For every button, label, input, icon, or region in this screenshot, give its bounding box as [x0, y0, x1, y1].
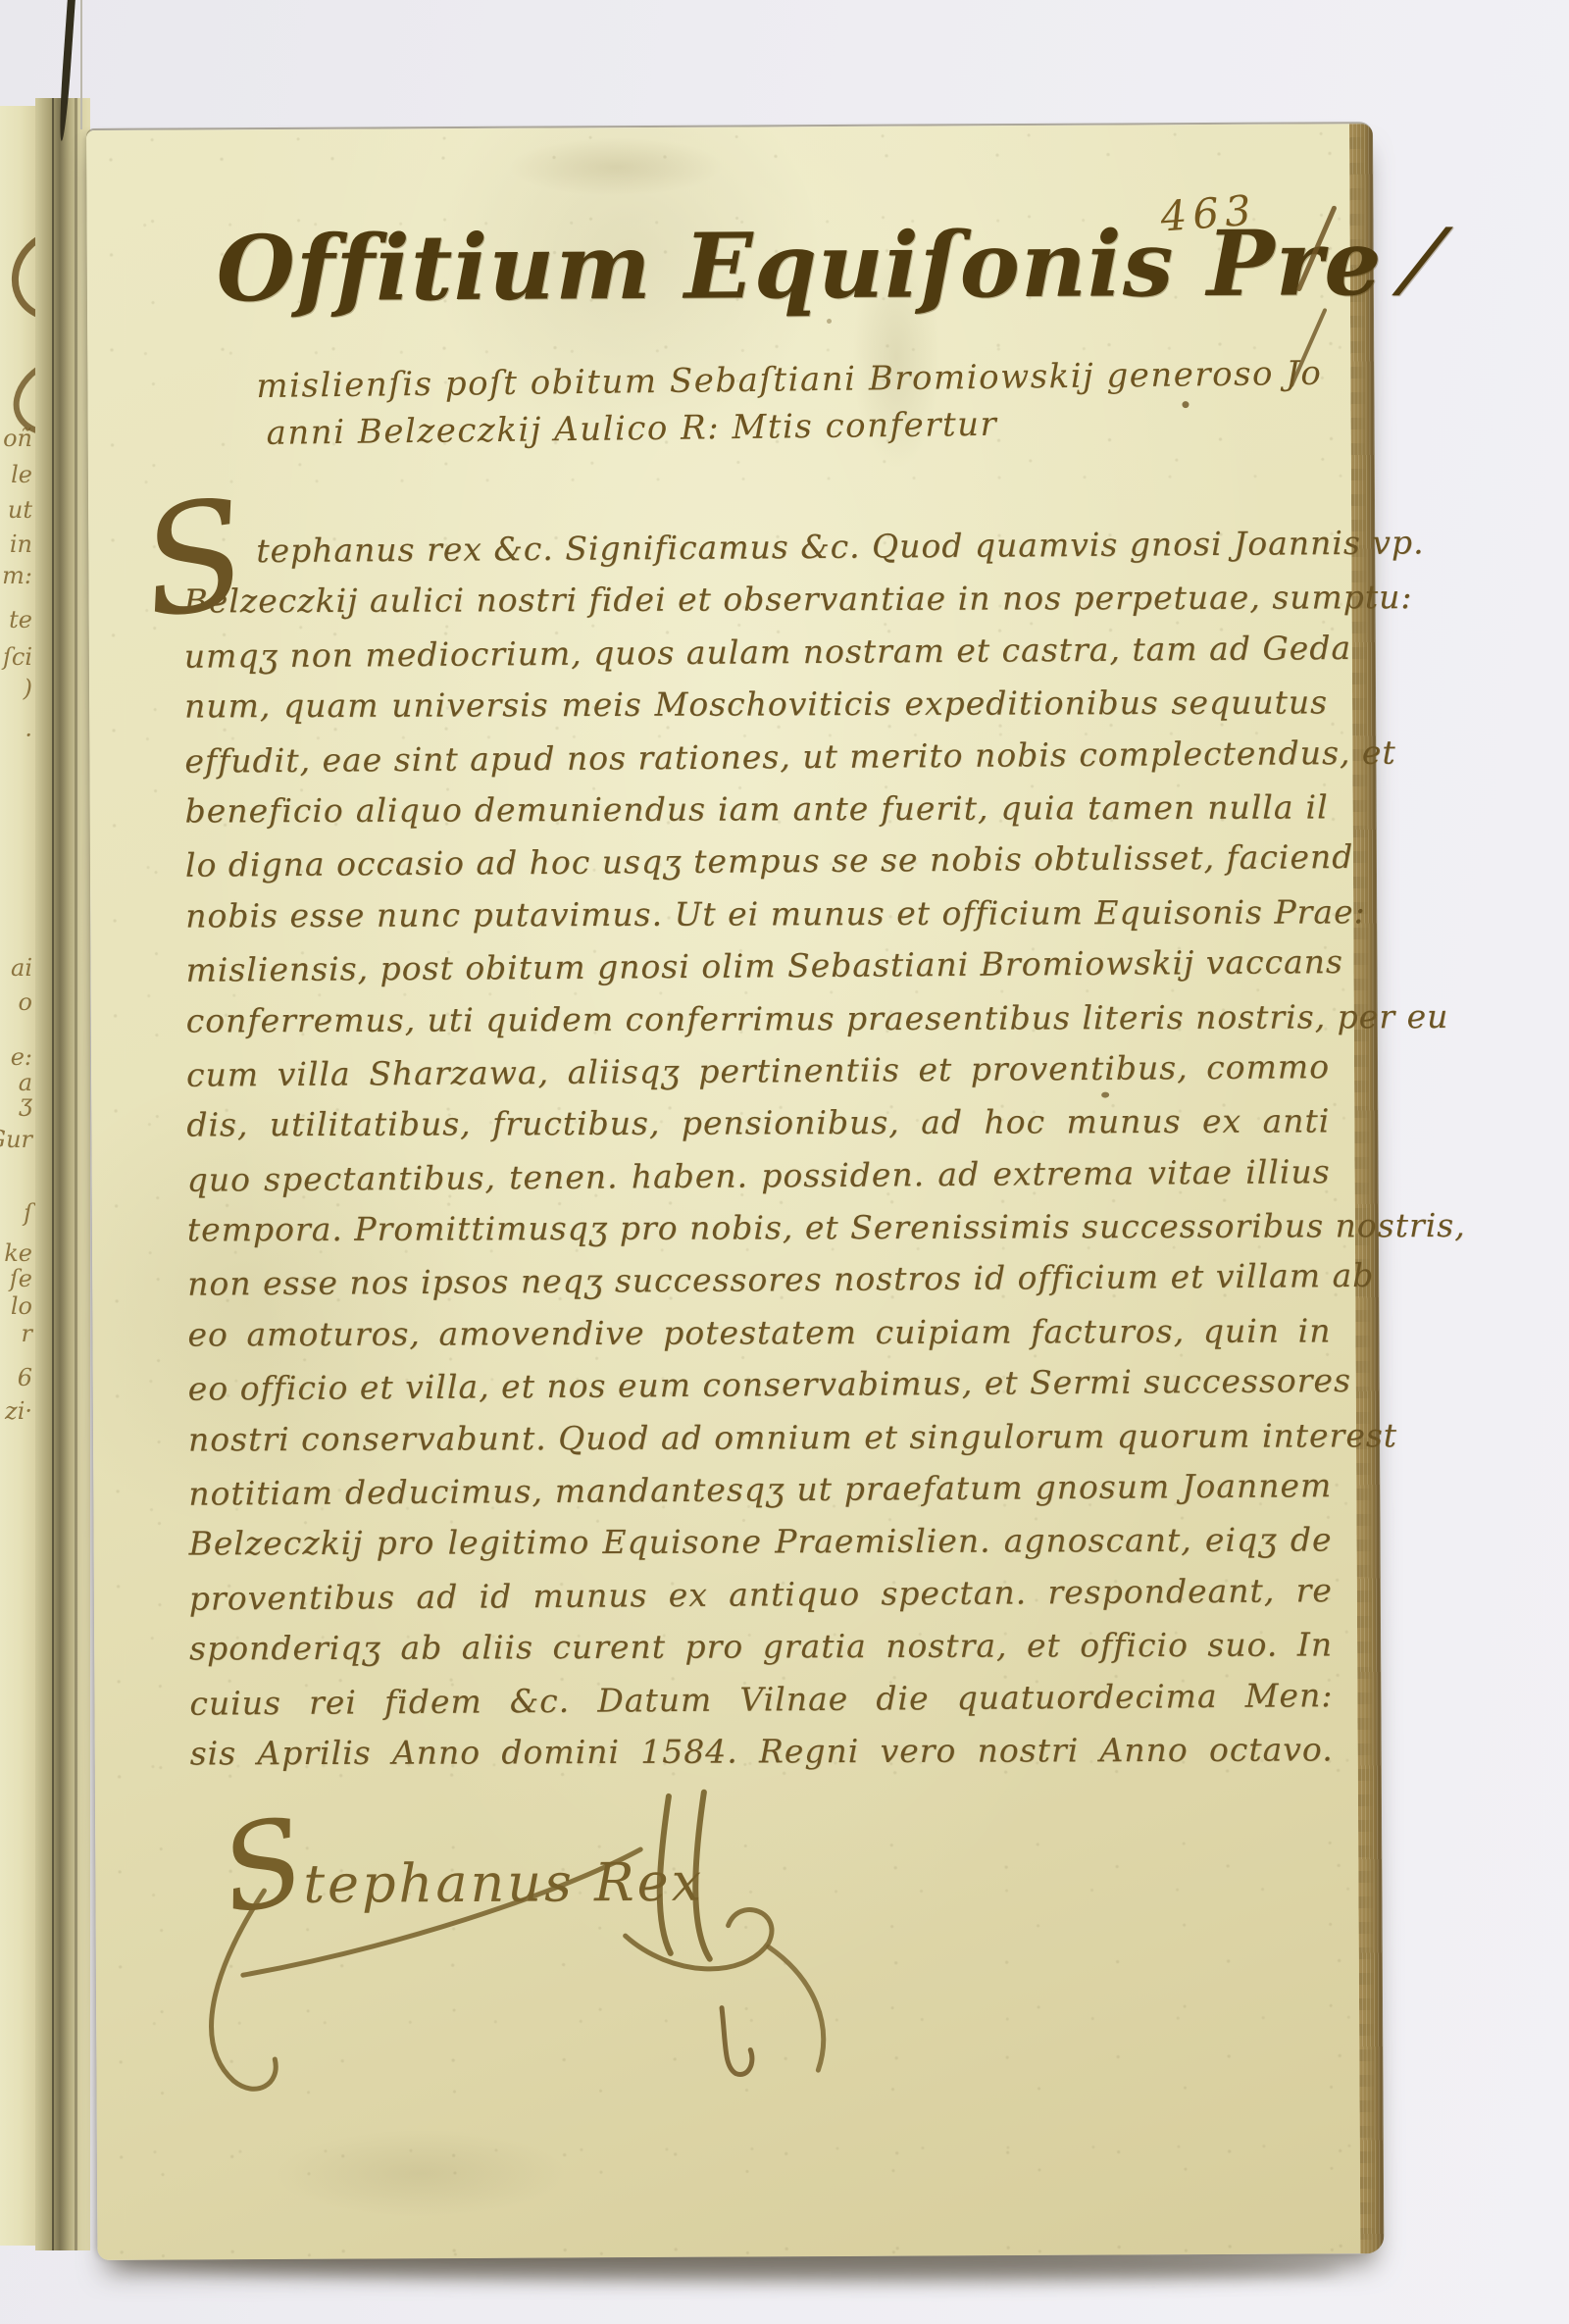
- manuscript-line: eo amoturos, amovendive potestatem cuipi…: [187, 1304, 1331, 1360]
- heading-line-3: anni Belzeczkij Aulico R: Mtis confertur: [266, 400, 1344, 452]
- manuscript-line: sponderiqʒ ab aliis curent pro gratia no…: [189, 1619, 1333, 1675]
- manuscript-scan: oñleutinm:teſci)·aioe:aʒGurſkeſelor6zi· …: [0, 0, 1569, 2324]
- manuscript-line: notitiam deducimus, mandantesqʒ ut praef…: [188, 1459, 1332, 1520]
- verso-text-fragment: oñ: [3, 425, 32, 452]
- verso-text-fragment: ·: [25, 722, 32, 749]
- verso-text-fragment: r: [22, 1320, 32, 1347]
- body-lines: tephanus rex &c. Significamus &c. Quod q…: [183, 518, 1334, 1780]
- gutter-crease: [75, 98, 77, 2250]
- verso-text-fragment: e:: [11, 1043, 32, 1071]
- manuscript-line: tempora. Promittimusqʒ pro nobis, et Ser…: [187, 1199, 1331, 1255]
- manuscript-line: proventibus ad id munus ex antiquo spect…: [189, 1564, 1333, 1625]
- verso-text-fragment: te: [9, 606, 32, 633]
- manuscript-page: 463 Offitium Equiſonis Pre ⁄ mislienſis …: [86, 124, 1384, 2260]
- paper-stain: [508, 137, 724, 197]
- manuscript-line: quo spectantibus, tenen. haben. possiden…: [186, 1145, 1330, 1206]
- manuscript-line: effudit, eae sint apud nos rationes, ut …: [184, 727, 1328, 787]
- manuscript-line: umqʒ non mediocrium, quos aulam nostram …: [184, 622, 1328, 682]
- manuscript-line: conferremus, uti quidem conferrimus prae…: [186, 990, 1330, 1046]
- verso-text-fragment: ʒ: [19, 1089, 32, 1117]
- signature-text: tephanus Rex: [303, 1851, 704, 1915]
- verso-text-fragment: zi·: [5, 1397, 32, 1425]
- signature-initial: S: [213, 1801, 316, 1932]
- verso-text-fragment: ut: [8, 496, 32, 524]
- heading-line-2: mislienſis poſt obitum Sebaſtiani Bromio…: [256, 353, 1374, 406]
- verso-text-fragment: ſe: [10, 1265, 32, 1292]
- manuscript-line: misliensis, post obitum gnosi olim Sebas…: [185, 935, 1329, 996]
- binding-gutter: [35, 98, 90, 2250]
- heading-line-1: Offitium Equiſonis Pre ⁄: [216, 210, 1374, 322]
- manuscript-line: tephanus rex &c. Significamus &c. Quod q…: [183, 517, 1327, 578]
- manuscript-line: sis Aprilis Anno domini 1584. Regni vero…: [190, 1723, 1334, 1779]
- manuscript-line: Belzeczkij pro legitimo Equisone Praemis…: [188, 1514, 1332, 1570]
- royal-signature: S tephanus Rex: [303, 1851, 704, 1915]
- manuscript-line: cuius rei fidem &c. Datum Vilnae die qua…: [189, 1669, 1333, 1730]
- manuscript-line: dis, utilitatibus, fructibus, pensionibu…: [186, 1095, 1330, 1151]
- ink-dot: [1182, 401, 1189, 408]
- manuscript-line: Belzeczkij aulici nostri fidei et observ…: [183, 572, 1327, 628]
- manuscript-line: nobis esse nunc putavimus. Ut ei munus e…: [185, 885, 1329, 941]
- manuscript-line: eo officio et villa, et nos eum conserva…: [188, 1354, 1332, 1415]
- verso-text-fragment: ): [24, 675, 32, 702]
- verso-text-fragment: ſ: [24, 1199, 32, 1227]
- manuscript-line: non esse nos ipsos neqʒ successores nost…: [187, 1250, 1331, 1311]
- verso-page-sliver: oñleutinm:teſci)·aioe:aʒGurſkeſelor6zi·: [0, 106, 35, 2246]
- manuscript-line: cum villa Sharzawa, aliisqʒ pertinentiis…: [186, 1040, 1330, 1101]
- manuscript-line: beneficio aliquo demuniendus iam ante fu…: [185, 781, 1329, 836]
- page-edge-highlight: [80, 0, 82, 129]
- verso-text-fragment: Gur: [0, 1126, 32, 1153]
- paper-stain: [274, 2128, 568, 2218]
- manuscript-line: num, quam universis meis Moschoviticis e…: [184, 677, 1328, 733]
- verso-text-fragment: ſci: [3, 643, 32, 671]
- verso-text-fragment: 6: [18, 1364, 32, 1391]
- verso-text-fragment: lo: [11, 1292, 32, 1320]
- verso-text-fragment: le: [11, 461, 32, 488]
- verso-text-fragment: ke: [4, 1239, 32, 1267]
- verso-text-fragment: ai: [11, 954, 32, 982]
- ink-dot: [1101, 1092, 1109, 1098]
- verso-text-fragment: m:: [2, 562, 32, 589]
- manuscript-line: lo digna occasio ad hoc usqʒ tempus se s…: [185, 832, 1329, 892]
- verso-text-fragment: o: [19, 988, 32, 1016]
- manuscript-line: nostri conservabunt. Quod ad omnium et s…: [188, 1409, 1332, 1465]
- book-fore-edge: [1349, 124, 1384, 2253]
- verso-text-fragment: in: [10, 530, 32, 558]
- gutter-crease: [52, 98, 54, 2250]
- ink-dot: [827, 319, 832, 324]
